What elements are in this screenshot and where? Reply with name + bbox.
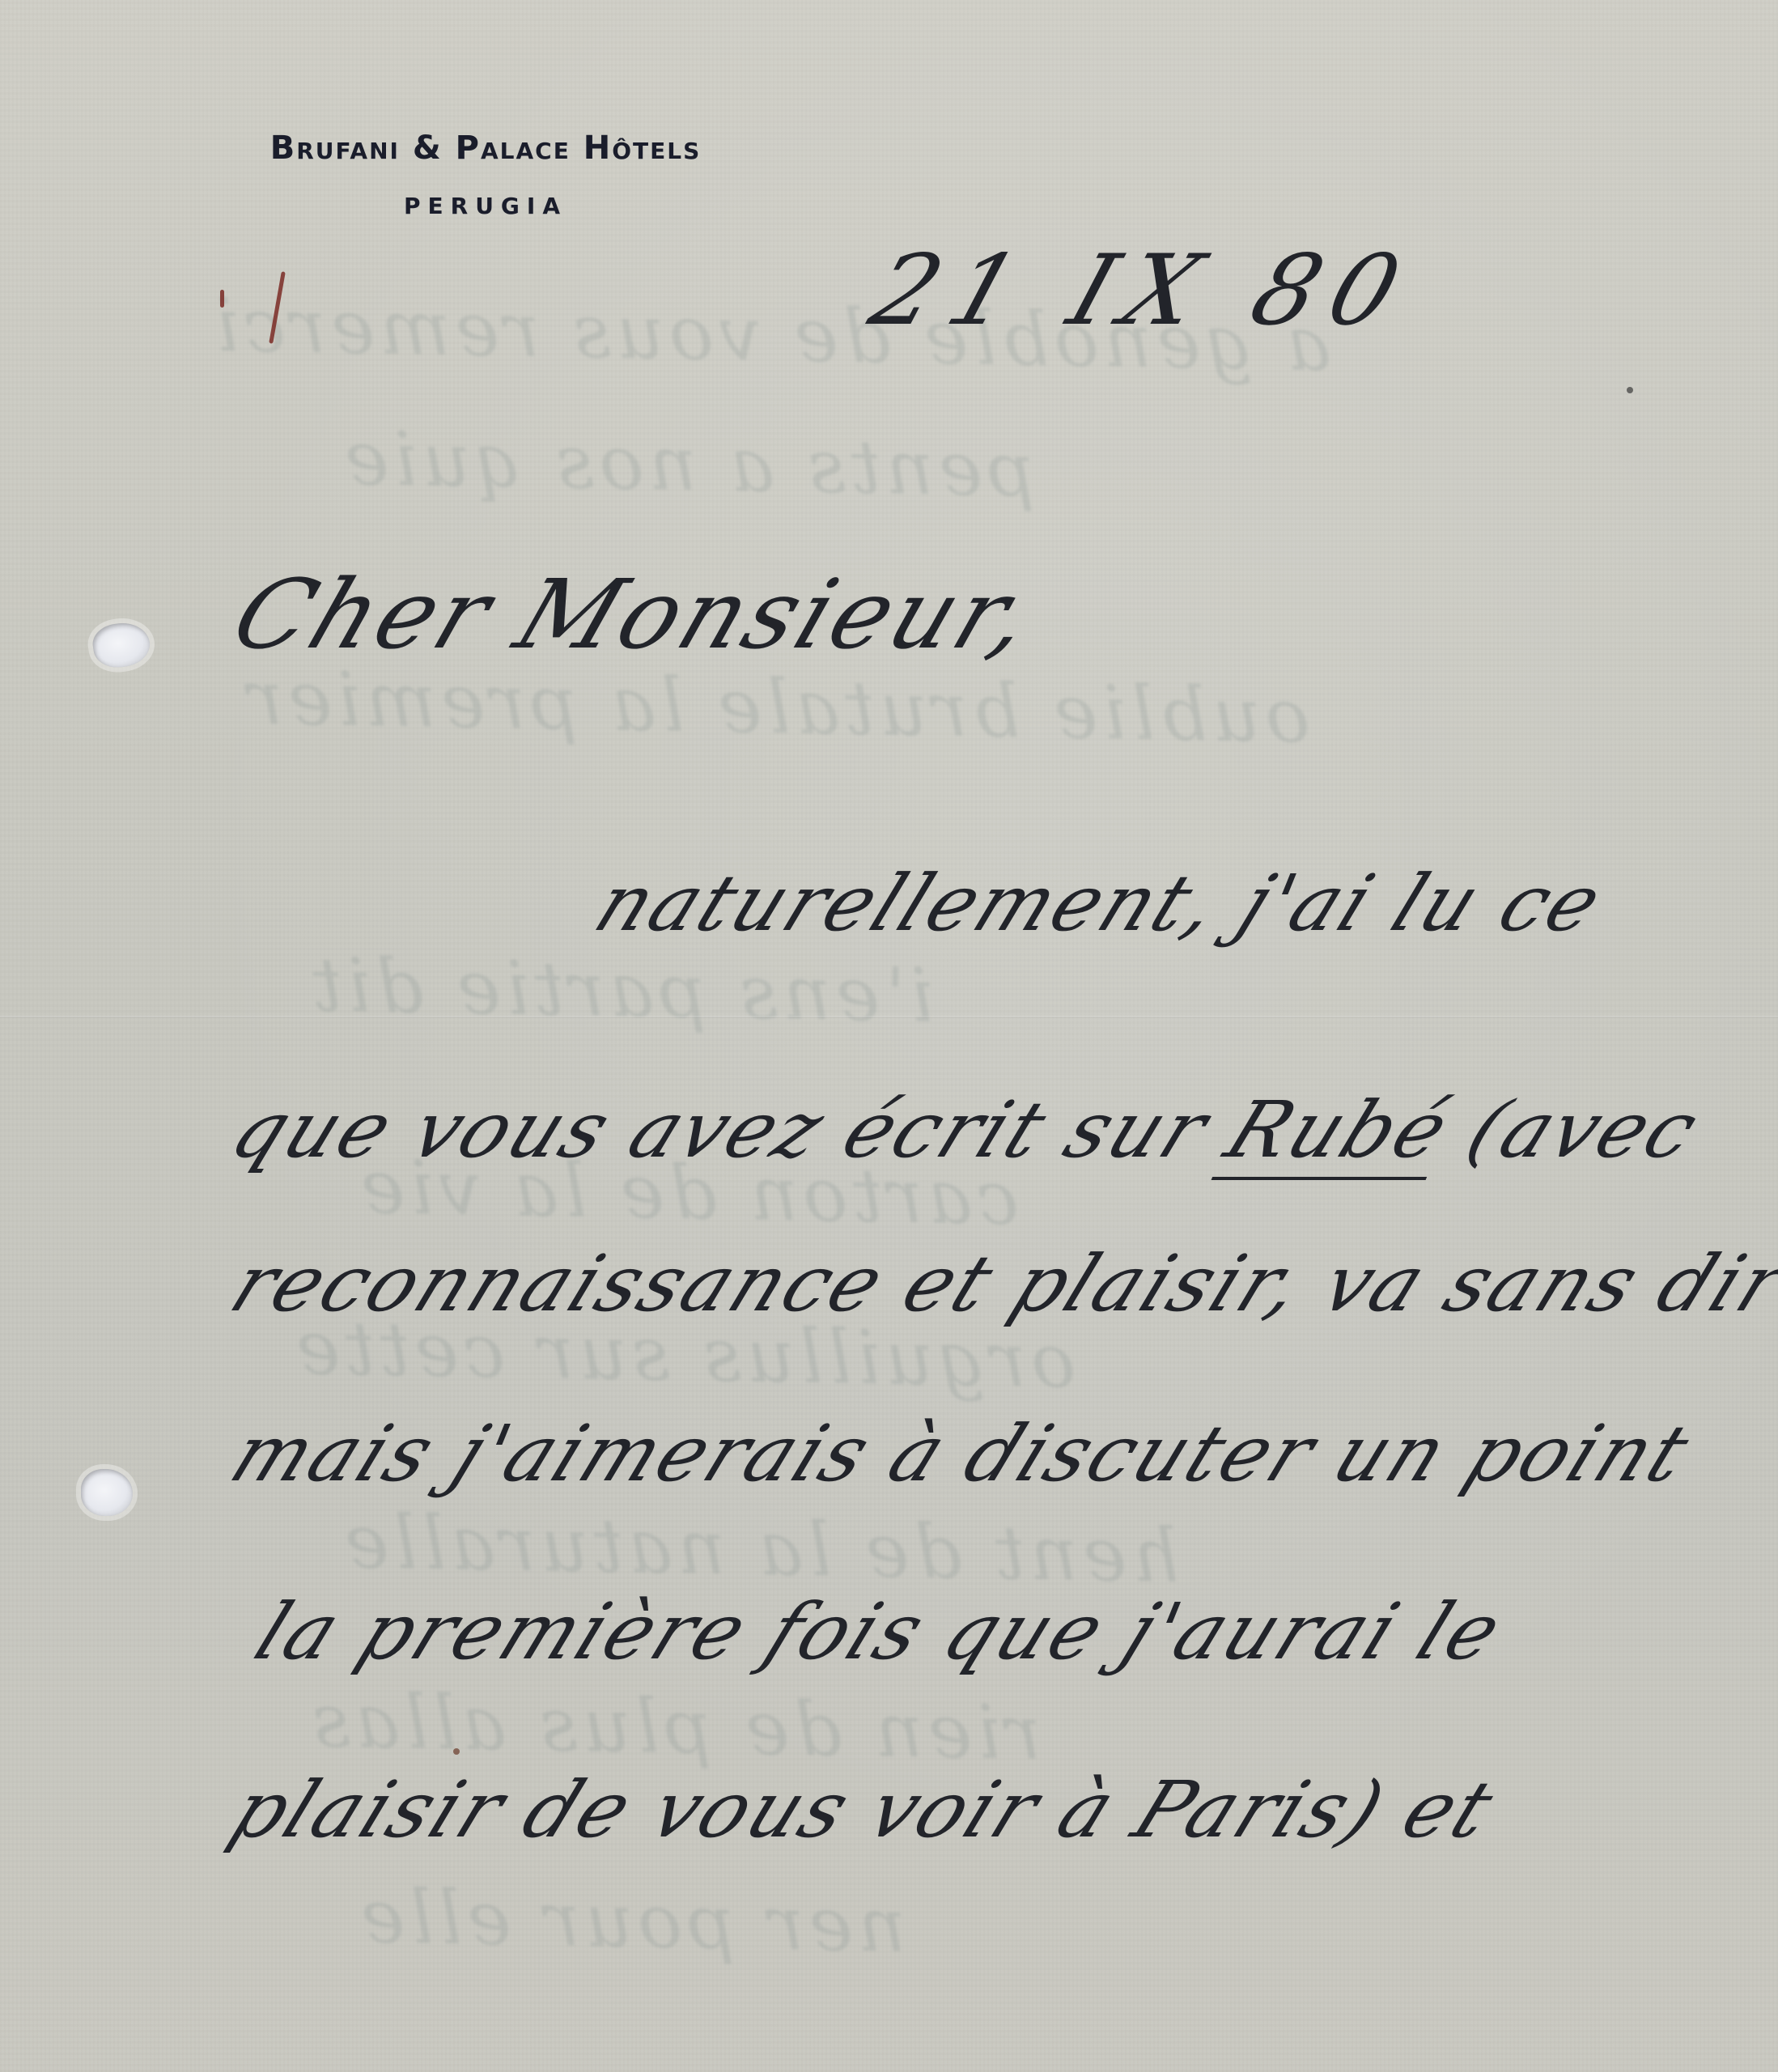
show-through-text: rien de plus allas <box>307 1677 1042 1777</box>
show-through-text: i'ens partie dit <box>307 941 935 1038</box>
letterhead-location: PERUGIA <box>194 193 777 219</box>
letterhead-title: Brufani & Palace Hôtels <box>194 129 777 167</box>
letter-body-line-4: mais j'aimerais à discuter un point <box>219 1408 1704 1499</box>
letter-body-line-2-suffix: (avec <box>1428 1085 1713 1175</box>
letter-body-line-1: naturellement, j'ai lu ce <box>583 858 1617 949</box>
show-through-text: hent de la naturalle <box>339 1498 1180 1599</box>
margin-ink-mark <box>220 290 224 308</box>
paper-speck <box>453 1748 460 1755</box>
punch-hole <box>81 1469 133 1516</box>
letter-body-line-6: plaisir de vous voir à Paris) et <box>219 1764 1509 1855</box>
paper-speck <box>1627 387 1633 393</box>
show-through-text: pents a nos quie <box>339 415 1036 514</box>
paper-fold-line <box>0 1016 1778 1018</box>
underlined-name: Rubé <box>1212 1085 1464 1180</box>
letter-body-line-3: reconnaissance et plaisir, va sans dire; <box>219 1238 1778 1329</box>
letter-salutation: Cher Monsieur, <box>219 558 1051 670</box>
show-through-text: ner pour elle <box>355 1873 906 1969</box>
letter-body-line-5: la première fois que j'aurai le <box>243 1586 1517 1677</box>
letter-body-line-2: que vous avez écrit sur Rubé (avec <box>219 1085 1713 1175</box>
letter-date: 21 IX 80 <box>858 235 1428 347</box>
letter-body-line-2-text: que vous avez écrit sur <box>219 1085 1250 1175</box>
